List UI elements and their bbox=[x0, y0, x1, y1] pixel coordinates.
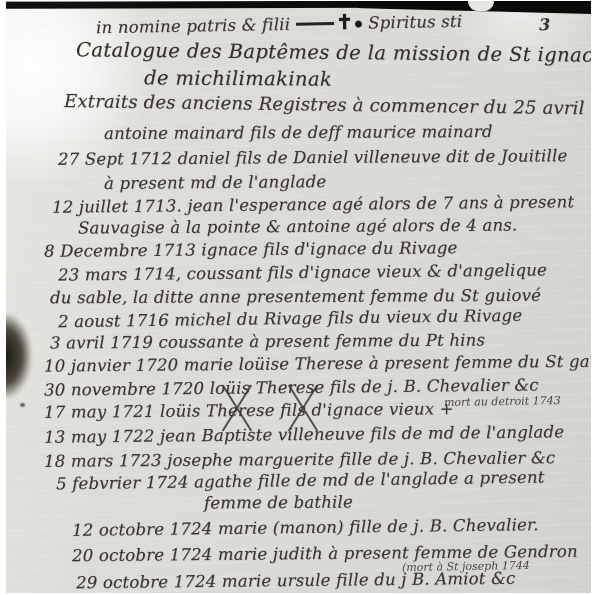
entry-line: 12 juillet 1713. jean l'esperance agé al… bbox=[52, 192, 574, 216]
cross-out-mark bbox=[284, 385, 320, 431]
entry-line: 10 janvier 1720 marie loüise Therese à p… bbox=[44, 351, 591, 375]
cross-out-mark bbox=[218, 385, 254, 431]
title-line-1: Catalogue des Baptêmes de la mission de … bbox=[76, 38, 591, 67]
cross-icon: ✝ bbox=[336, 10, 353, 34]
invocation-line: in nomine patris & filii✝Spiritus sti bbox=[96, 8, 463, 38]
ink-blot bbox=[355, 21, 362, 28]
entry-line: 23 mars 1714, coussant fils d'ignace vie… bbox=[58, 260, 547, 284]
title-line-2: de michilimakinak bbox=[144, 66, 332, 90]
manuscript-scan: 3 in nomine patris & filii✝Spiritus sti … bbox=[0, 0, 595, 595]
invocation-left: in nomine patris & filii bbox=[96, 15, 290, 37]
entry-line: 27 Sept 1712 daniel fils de Daniel ville… bbox=[58, 146, 568, 169]
entry-line: antoine mainard fils de deff maurice mai… bbox=[104, 122, 493, 143]
entry-line: 18 mars 1723 josephe marguerite fille de… bbox=[44, 448, 555, 471]
subtitle-line: Extraits des anciens Registres à commenc… bbox=[64, 91, 591, 120]
entry-line: Sauvagise à la pointe & antoine agé alor… bbox=[78, 215, 517, 237]
entry-line: femme de bathile bbox=[204, 492, 353, 512]
entry-line: à present md de l'anglade bbox=[104, 172, 327, 193]
entry-line: 8 Decembre 1713 ignace fils d'ignace du … bbox=[44, 238, 458, 261]
entry-line: 3 avril 1719 coussante à present femme d… bbox=[50, 330, 485, 352]
invocation-right: Spiritus sti bbox=[368, 12, 462, 33]
photo-area: 3 in nomine patris & filii✝Spiritus sti … bbox=[6, 1, 591, 593]
top-border-band-left bbox=[6, 2, 135, 7]
left-edge-speck bbox=[20, 403, 25, 407]
annotation-mort-stjoseph: (mort à St joseph 1744 bbox=[402, 559, 530, 574]
annotation-mort-detroit: mort au detroit 1743 bbox=[444, 394, 561, 409]
entry-line: 2 aoust 1716 michel du Rivage fils du vi… bbox=[58, 306, 522, 331]
entry-line: du sable, la ditte anne presentement fem… bbox=[50, 286, 541, 308]
left-edge-artifact bbox=[6, 313, 32, 399]
cross-stroke bbox=[296, 22, 334, 26]
page-number: 3 bbox=[539, 15, 551, 34]
entry-line: 5 febvrier 1724 agathe fille de md de l'… bbox=[56, 468, 545, 494]
entry-line: 12 octobre 1724 marie (manon) fille de j… bbox=[72, 515, 539, 540]
